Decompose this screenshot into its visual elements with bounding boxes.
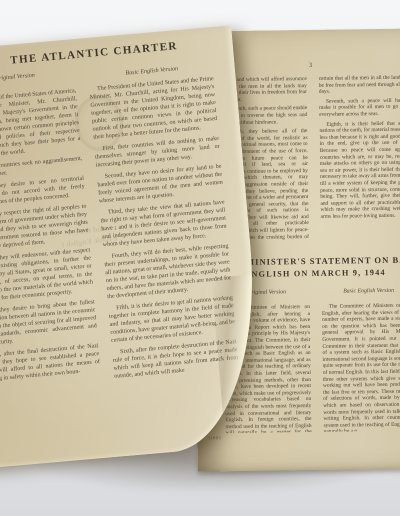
paragraph: Fourth, they will endeavour, with due re… xyxy=(0,246,94,304)
paragraph: Second, they have no desire for any land… xyxy=(97,163,224,206)
photo-background: 3 daries, and which will afford assuranc… xyxy=(0,0,400,516)
paragraph: The President of the United States and t… xyxy=(89,75,218,142)
charter-basic-column-continued: certain that all the men in all the land… xyxy=(319,75,400,250)
pm-basic-version-heading: Basic English Version xyxy=(322,288,400,295)
charter-original-column: The President of the United States of Am… xyxy=(0,87,108,464)
paragraph: The President of the United States of Am… xyxy=(0,87,81,161)
pm-basic-column: The Committee of Ministers on Basic Engl… xyxy=(322,303,400,432)
paragraph: Third, they respect the right of all peo… xyxy=(0,203,89,253)
paragraph: Third, they take the view that all natio… xyxy=(100,199,228,250)
left-page: THE ATLANTIC CHARTER Original Version Ba… xyxy=(0,25,268,470)
paragraph: Fifth, they desire to bring about the fu… xyxy=(0,298,98,348)
atlantic-charter-title: THE ATLANTIC CHARTER xyxy=(0,38,203,69)
paragraph: The Committee of Ministers on Basic Engl… xyxy=(322,303,400,434)
paragraph: Eighth, it is their belief that all the … xyxy=(319,120,400,220)
paragraph: certain that all the men in all the land… xyxy=(319,75,400,96)
paragraph: Sixth, after the final destruction of th… xyxy=(0,342,101,384)
page-number: 3 xyxy=(250,61,370,70)
paragraph: Seventh, such a peace will have to make … xyxy=(319,97,400,118)
charter-columns: The President of the United States of Am… xyxy=(0,75,245,464)
charter-original-version-heading: Original Version xyxy=(0,69,75,85)
